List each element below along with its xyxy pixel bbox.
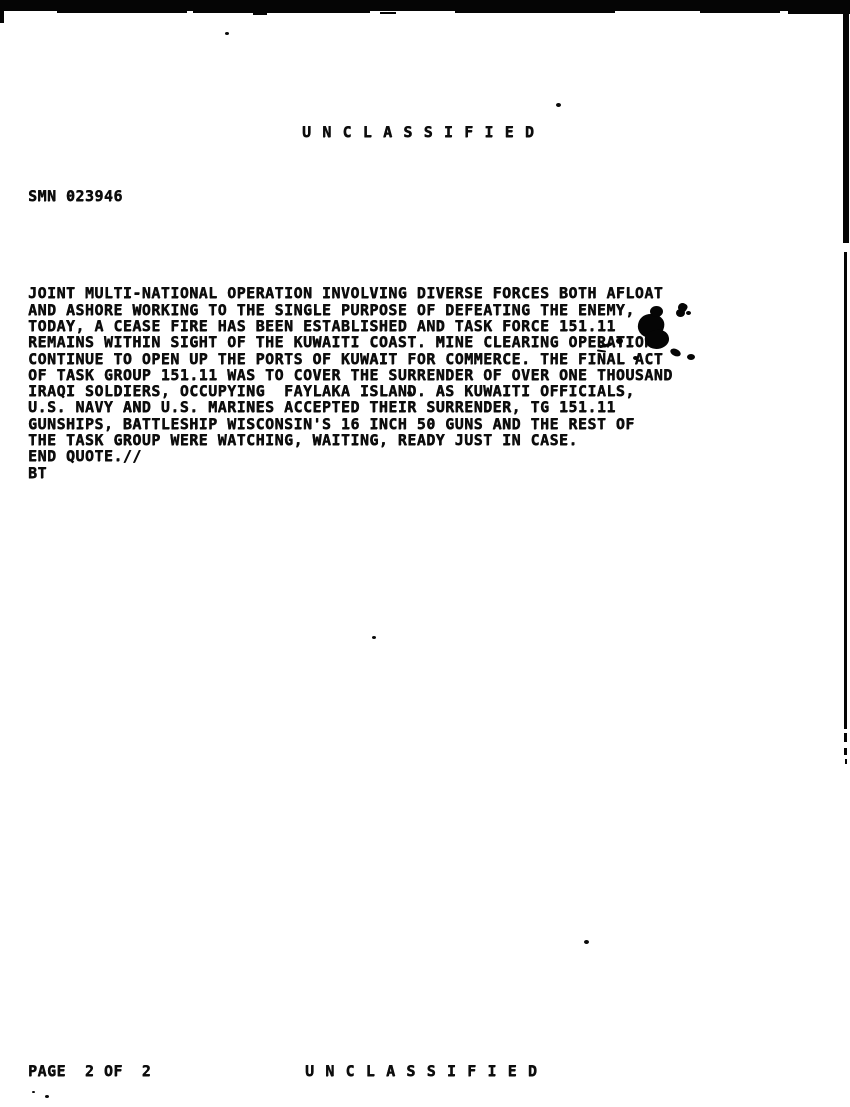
message-line: GUNSHIPS, BATTLESHIP WISCONSIN'S 16 INCH…	[28, 416, 673, 432]
classification-footer: U N C L A S S I F I E D	[305, 1063, 538, 1079]
ink-blot-piece	[616, 338, 623, 344]
message-line: END QUOTE.//	[28, 448, 673, 464]
message-id-line: SMN 023946	[28, 188, 673, 204]
scan-speck	[32, 1091, 35, 1093]
scan-right-edge-dash	[844, 748, 847, 755]
blank-line	[28, 236, 673, 252]
scan-top-bar-lip	[57, 11, 187, 13]
ink-blot-piece	[686, 311, 691, 315]
scan-right-edge-line	[843, 0, 849, 243]
ink-blot-piece	[650, 306, 663, 317]
message-line: JOINT MULTI-NATIONAL OPERATION INVOLVING…	[28, 285, 673, 301]
message-line: OF TASK GROUP 151.11 WAS TO COVER THE SU…	[28, 367, 673, 383]
scan-speck	[584, 940, 589, 944]
scan-speck	[372, 636, 376, 639]
scan-left-tick	[0, 11, 4, 23]
scan-speck	[556, 103, 561, 107]
scan-top-bar-lip	[380, 12, 396, 14]
message-line: U.S. NAVY AND U.S. MARINES ACCEPTED THEI…	[28, 399, 673, 415]
scan-right-edge-line	[844, 252, 847, 729]
message-lines: JOINT MULTI-NATIONAL OPERATION INVOLVING…	[28, 285, 673, 481]
scan-top-bar-lip	[455, 11, 615, 13]
scan-top-bar-lip	[193, 11, 370, 13]
scan-top-bar-lip	[788, 11, 850, 14]
message-line: IRAQI SOLDIERS, OCCUPYING FAYLAKA ISLAND…	[28, 383, 673, 399]
message-line: BT	[28, 465, 673, 481]
scan-right-edge-dash	[845, 759, 847, 764]
message-line: REMAINS WITHIN SIGHT OF THE KUWAITI COAS…	[28, 334, 673, 350]
scan-top-bar-lip	[253, 13, 267, 15]
scan-speck	[225, 32, 229, 35]
ink-blot-piece	[633, 356, 638, 360]
scan-right-edge-dash	[844, 733, 847, 742]
message-line: TODAY, A CEASE FIRE HAS BEEN ESTABLISHED…	[28, 318, 673, 334]
scanned-document-page: U N C L A S S I F I E D SMN 023946 JOINT…	[0, 0, 850, 1107]
scan-top-bar-lip	[700, 11, 780, 13]
message-body: SMN 023946 JOINT MULTI-NATIONAL OPERATIO…	[28, 155, 673, 514]
message-line: THE TASK GROUP WERE WATCHING, WAITING, R…	[28, 432, 673, 448]
message-line: AND ASHORE WORKING TO THE SINGLE PURPOSE…	[28, 302, 673, 318]
page-number-label: PAGE 2 OF 2	[28, 1063, 151, 1079]
scan-top-bar	[0, 0, 850, 11]
message-line: CONTINUE TO OPEN UP THE PORTS OF KUWAIT …	[28, 351, 673, 367]
scan-speck	[45, 1095, 49, 1098]
ink-blot-piece	[687, 354, 695, 360]
classification-header: U N C L A S S I F I E D	[302, 124, 535, 140]
